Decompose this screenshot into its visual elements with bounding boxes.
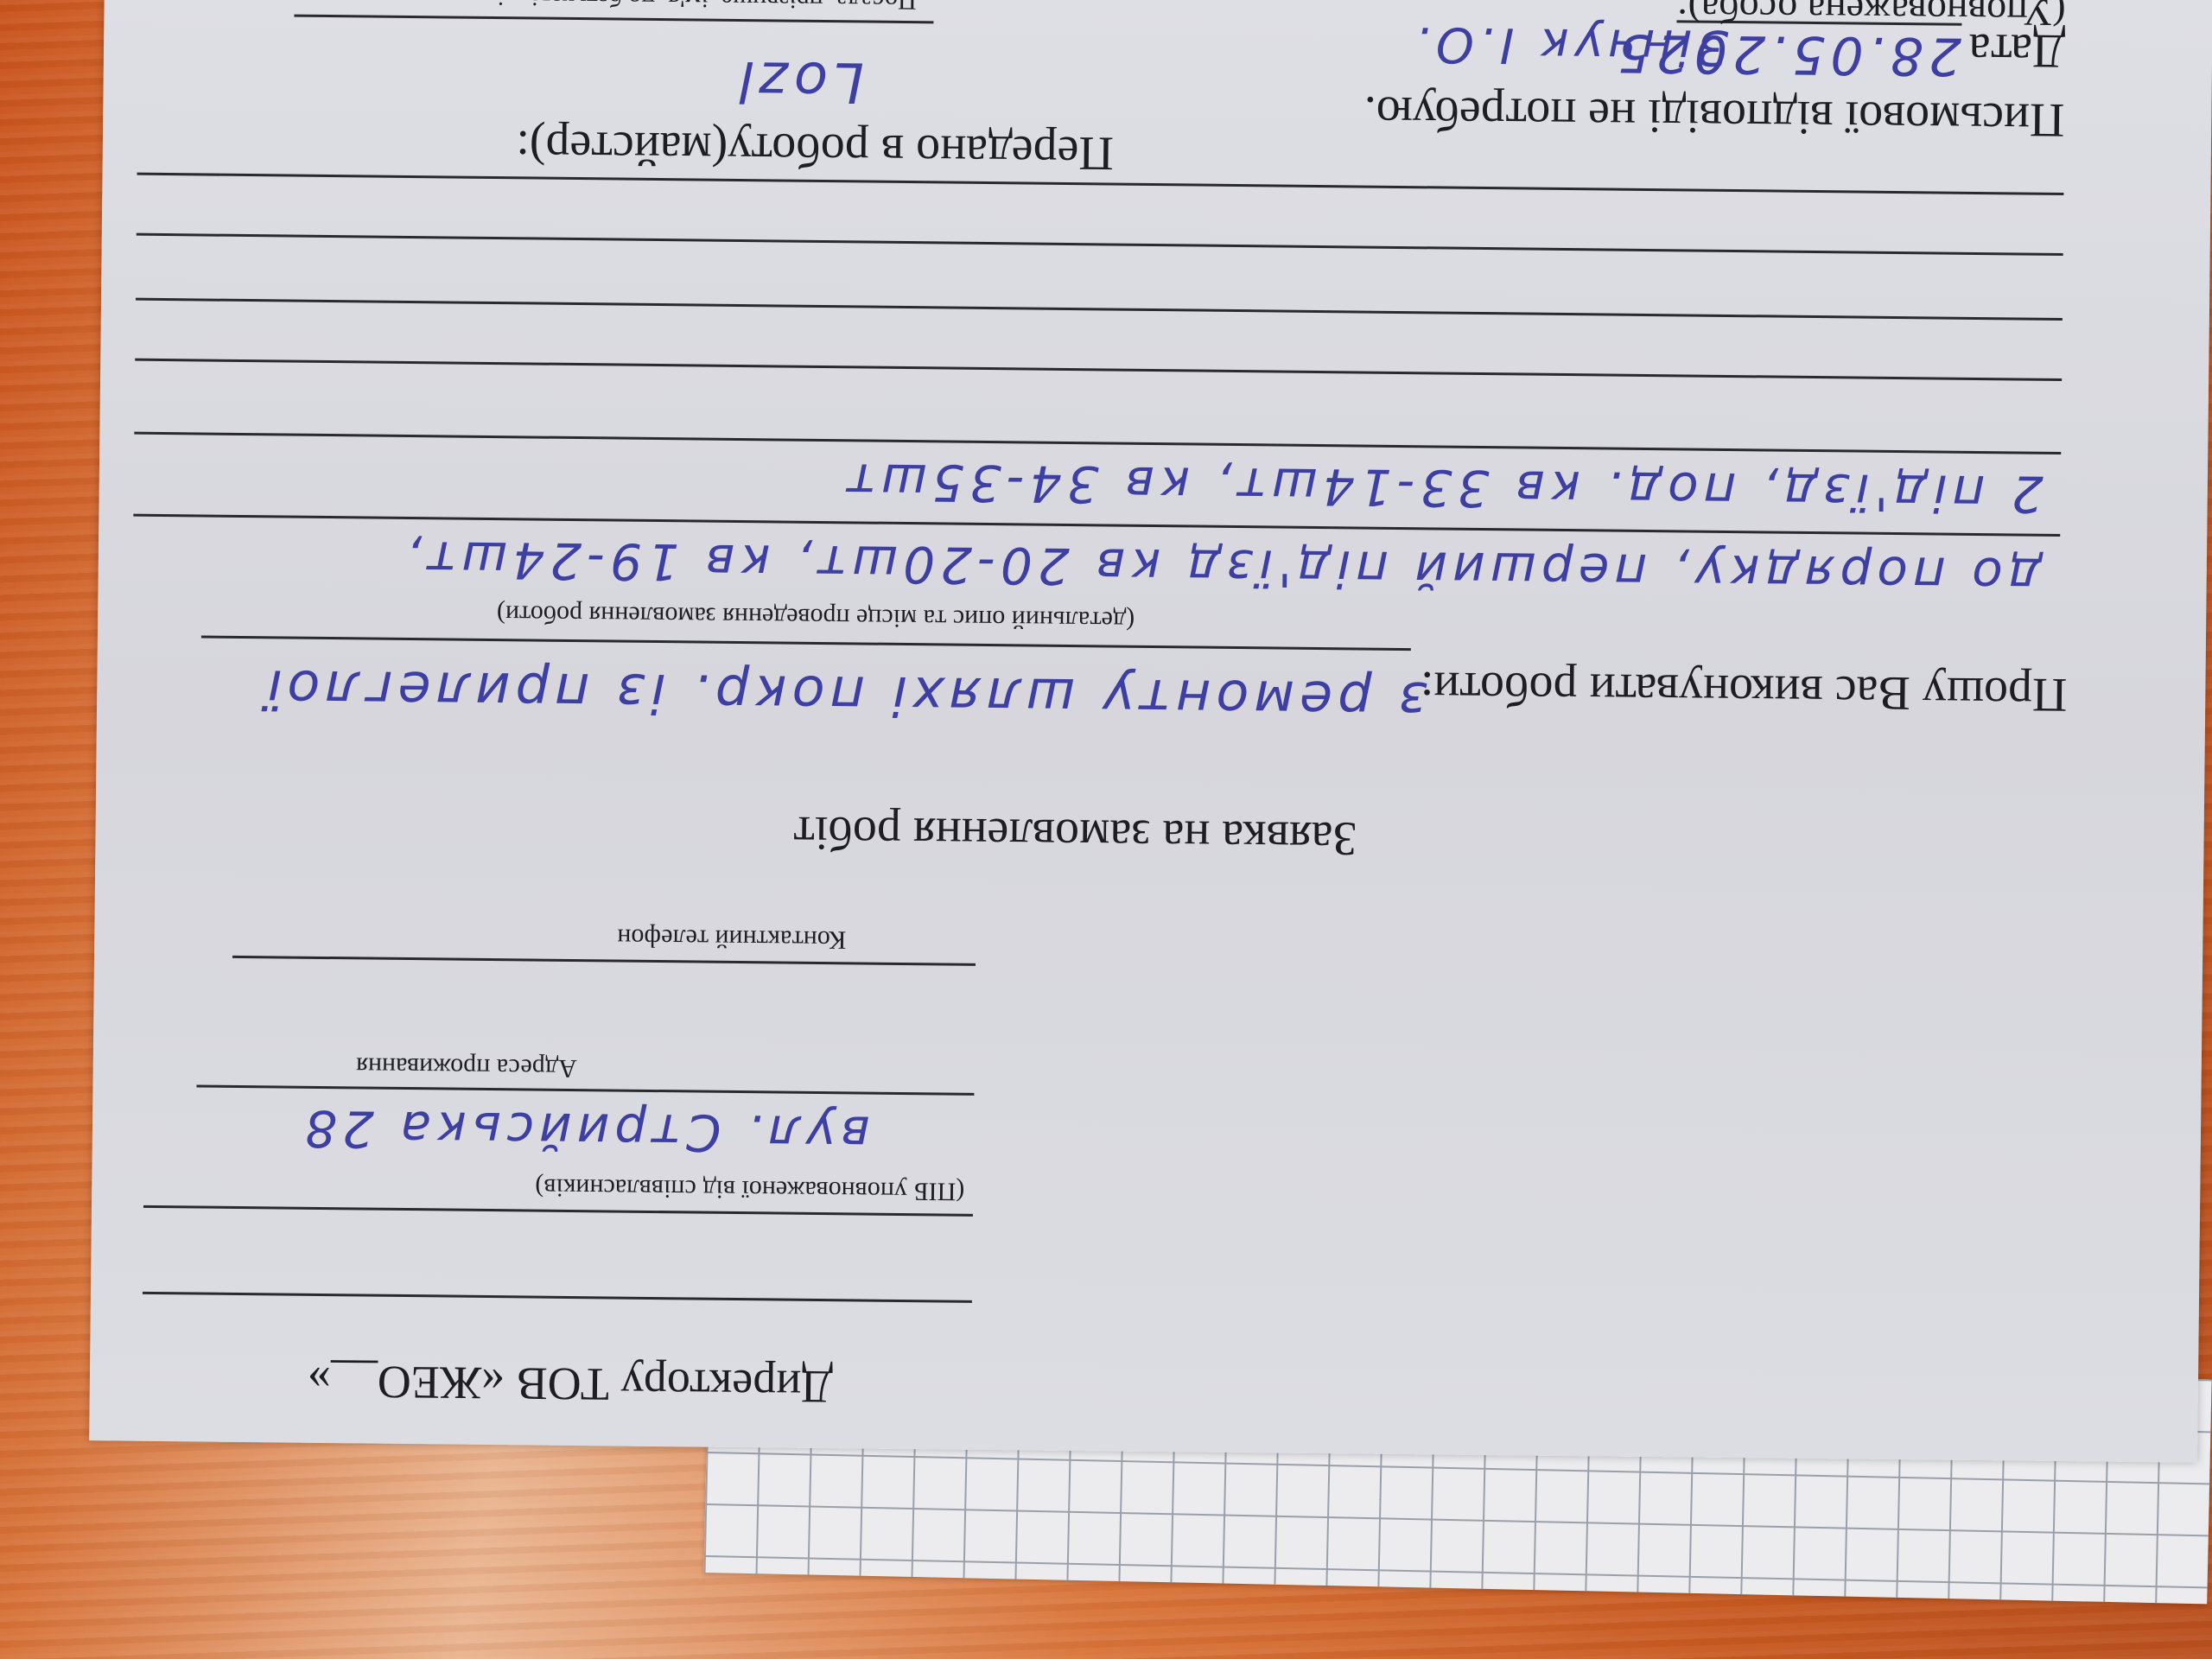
owner-name-line-2[interactable] xyxy=(143,1205,973,1217)
address-line[interactable] xyxy=(196,1084,974,1095)
work-order-form: Директору ТОВ «ЖЕО__» (ПІБ уповноваженої… xyxy=(89,0,2212,1463)
phone-line[interactable] xyxy=(232,956,976,966)
form-title: Заявка на замовлення робіт xyxy=(793,805,1357,867)
owner-name-line[interactable] xyxy=(143,1292,972,1303)
no-reply-note: Письмової відповіді не потребую. xyxy=(1363,86,2064,148)
phone-caption: Контактний телефон xyxy=(617,923,846,955)
request-caption: (детальний опис та місце проведення замо… xyxy=(497,599,1135,635)
request-line-3[interactable] xyxy=(134,432,2061,454)
request-line-4[interactable] xyxy=(135,359,2062,381)
authorized-person-handwritten: Зінчук І.О. xyxy=(1410,16,1729,75)
owner-name-caption: (ПІБ уповноваженої від співвласників) xyxy=(535,1173,964,1206)
master-signature: Lozl xyxy=(734,48,864,114)
request-line-5[interactable] xyxy=(136,298,2063,321)
handover-line[interactable] xyxy=(294,15,933,24)
address-caption: Адреса проживання xyxy=(356,1051,577,1083)
request-handwritten-line-3: 2 під'їзд, под. кв 33-14шт, кв 34-35шт xyxy=(842,452,2044,524)
request-line-1[interactable] xyxy=(201,635,1411,651)
address-handwritten: вул. Стрийська 28 xyxy=(300,1099,871,1164)
request-line-6[interactable] xyxy=(137,233,2063,256)
request-handwritten-line-2: до порядку, перший під'їзд кв 20-20шт, к… xyxy=(401,530,2043,606)
handover-caption: Посада, прізвище, ім'я, по батькові, під… xyxy=(444,0,916,15)
request-handwritten-line-1: з ремонту шляхі покр. із прилеглої xyxy=(262,658,1428,733)
authorized-person-label: (Уповноважена особа): xyxy=(1676,0,2065,35)
request-label: Прошу Вас виконувати роботи: xyxy=(1420,660,2067,722)
recipient-heading: Директору ТОВ «ЖЕО__» xyxy=(308,1355,834,1414)
handover-label: Передано в роботу(майстер): xyxy=(516,119,1114,181)
